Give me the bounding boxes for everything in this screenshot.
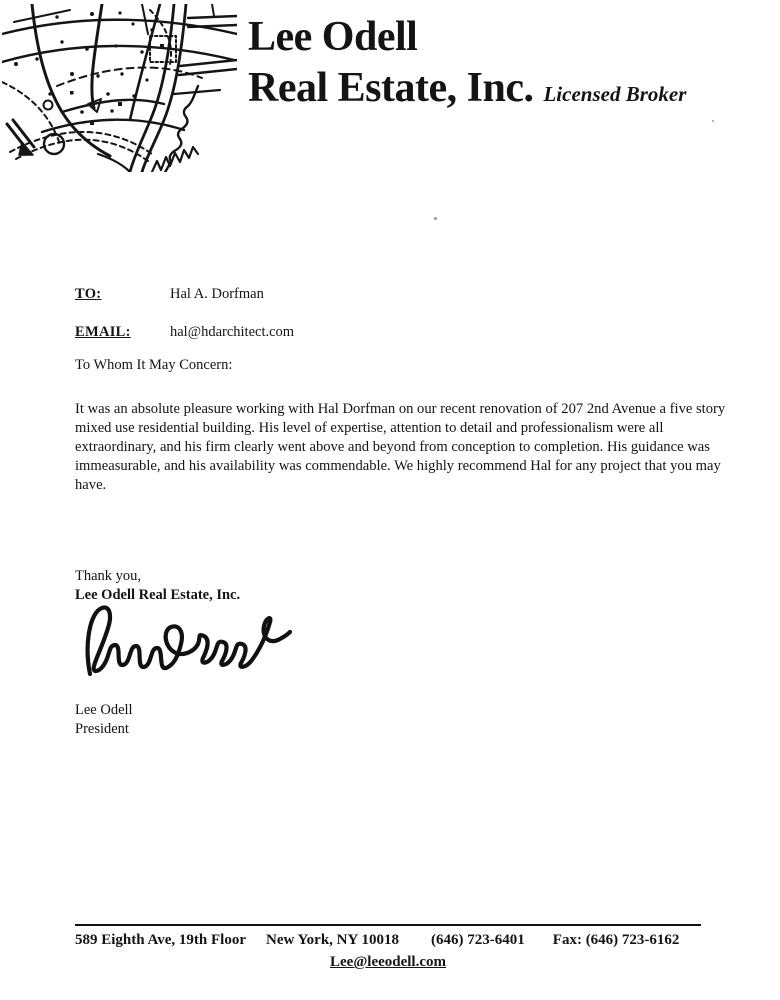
map-sketch-logo xyxy=(2,4,237,172)
company-name-text: Real Estate, Inc. xyxy=(248,65,533,111)
salutation: To Whom It May Concern: xyxy=(75,357,232,374)
to-label: TO: xyxy=(75,286,170,303)
company-name-line2: Real Estate, Inc.Licensed Broker xyxy=(248,65,686,111)
footer-email: Lee@leeodell.com xyxy=(75,954,701,971)
signer-name: Lee Odell xyxy=(75,701,133,720)
closing-text: Thank you, xyxy=(75,567,240,586)
to-row: TO:Hal A. Dorfman xyxy=(75,286,264,303)
letter-page: Lee Odell Real Estate, Inc.Licensed Brok… xyxy=(0,0,780,1000)
letterhead: Lee Odell Real Estate, Inc.Licensed Brok… xyxy=(248,10,686,112)
email-label: EMAIL: xyxy=(75,324,170,341)
signer-block: Lee Odell President xyxy=(75,701,133,739)
footer-fax: Fax: (646) 723-6162 xyxy=(553,932,680,948)
letter-body: It was an absolute pleasure working with… xyxy=(75,400,727,495)
scan-speck xyxy=(434,217,437,220)
company-name-line1: Lee Odell xyxy=(248,10,686,65)
footer-address: 589 Eighth Ave, 19th Floor xyxy=(75,932,246,948)
licensed-broker-label: Licensed Broker xyxy=(543,82,686,106)
signature xyxy=(82,598,297,680)
to-value: Hal A. Dorfman xyxy=(170,286,264,302)
signer-title: President xyxy=(75,720,133,739)
email-value: hal@hdarchitect.com xyxy=(170,324,294,340)
footer-divider xyxy=(75,924,701,926)
footer-phone: (646) 723-6401 xyxy=(431,932,525,948)
footer-contact-line: 589 Eighth Ave, 19th FloorNew York, NY 1… xyxy=(75,932,701,949)
email-row: EMAIL:hal@hdarchitect.com xyxy=(75,324,294,341)
footer-city: New York, NY 10018 xyxy=(266,932,399,948)
scan-speck xyxy=(712,120,714,122)
